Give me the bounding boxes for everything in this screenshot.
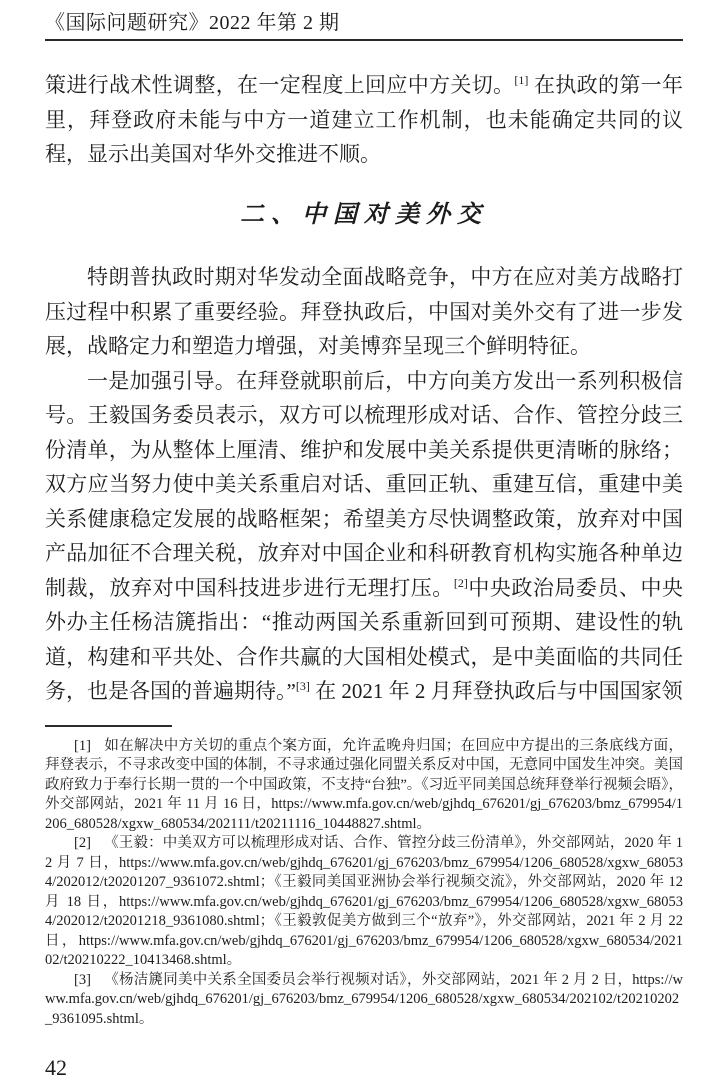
section-heading: 二、中国对美外交 bbox=[45, 198, 683, 233]
footnote-marker-3: [3] bbox=[74, 972, 91, 988]
article-body: 策进行战术性调整，在一定程度上回应中方关切。[1] 在执政的第一年里，拜登政府未… bbox=[45, 68, 683, 709]
footnote-text-3: 《杨洁篪同美中关系全国委员会举行视频对话》，外交部网站，2021 年 2 月 2… bbox=[45, 972, 683, 1027]
footnote-item-3: [3]《杨洁篪同美中关系全国委员会举行视频对话》，外交部网站，2021 年 2 … bbox=[45, 971, 683, 1030]
footnotes-section: [1]如在解决中方关切的重点个案方面，允许孟晚舟归国；在回应中方提出的三条底线方… bbox=[45, 725, 683, 1030]
running-header: 《国际问题研究》2022 年第 2 期 bbox=[45, 10, 683, 41]
footnote-item-1: [1]如在解决中方关切的重点个案方面，允许孟晚舟归国；在回应中方提出的三条底线方… bbox=[45, 737, 683, 835]
footnote-text-1: 如在解决中方关切的重点个案方面，允许孟晚舟归国；在回应中方提出的三条底线方面，拜… bbox=[45, 738, 683, 832]
footnote-marker-2: [2] bbox=[74, 835, 91, 851]
intro-text-segment-1: 策进行战术性调整，在一定程度上回应中方关切。 bbox=[45, 73, 514, 97]
para2-text-segment-3: 在 2021 年 2 月拜登执政后与中国国家领 bbox=[310, 679, 683, 703]
footnote-ref-2: [2] bbox=[454, 576, 468, 590]
footnote-ref-1: [1] bbox=[514, 73, 528, 87]
footnote-separator bbox=[45, 725, 172, 727]
footnote-marker-1: [1] bbox=[74, 738, 91, 754]
journal-issue-label: 《国际问题研究》2022 年第 2 期 bbox=[45, 12, 340, 34]
footnote-text-2: 《王毅：中美双方可以梳理形成对话、合作、管控分歧三份清单》，外交部网站，2020… bbox=[45, 835, 683, 968]
footnote-ref-3: [3] bbox=[296, 679, 310, 693]
body-paragraph-2: 一是加强引导。在拜登就职前后，中方向美方发出一系列积极信号。王毅国务委员表示，双… bbox=[45, 364, 683, 709]
para2-text-segment-1: 一是加强引导。在拜登就职前后，中方向美方发出一系列积极信号。王毅国务委员表示，双… bbox=[45, 369, 683, 600]
footnote-item-2: [2]《王毅：中美双方可以梳理形成对话、合作、管控分歧三份清单》，外交部网站，2… bbox=[45, 834, 683, 971]
body-paragraph-intro: 策进行战术性调整，在一定程度上回应中方关切。[1] 在执政的第一年里，拜登政府未… bbox=[45, 68, 683, 172]
body-paragraph-1: 特朗普执政时期对华发动全面战略竞争，中方在应对美方战略打压过程中积累了重要经验。… bbox=[45, 260, 683, 364]
journal-page: 《国际问题研究》2022 年第 2 期 策进行战术性调整，在一定程度上回应中方关… bbox=[0, 0, 726, 1092]
page-number: 42 bbox=[45, 1056, 67, 1080]
